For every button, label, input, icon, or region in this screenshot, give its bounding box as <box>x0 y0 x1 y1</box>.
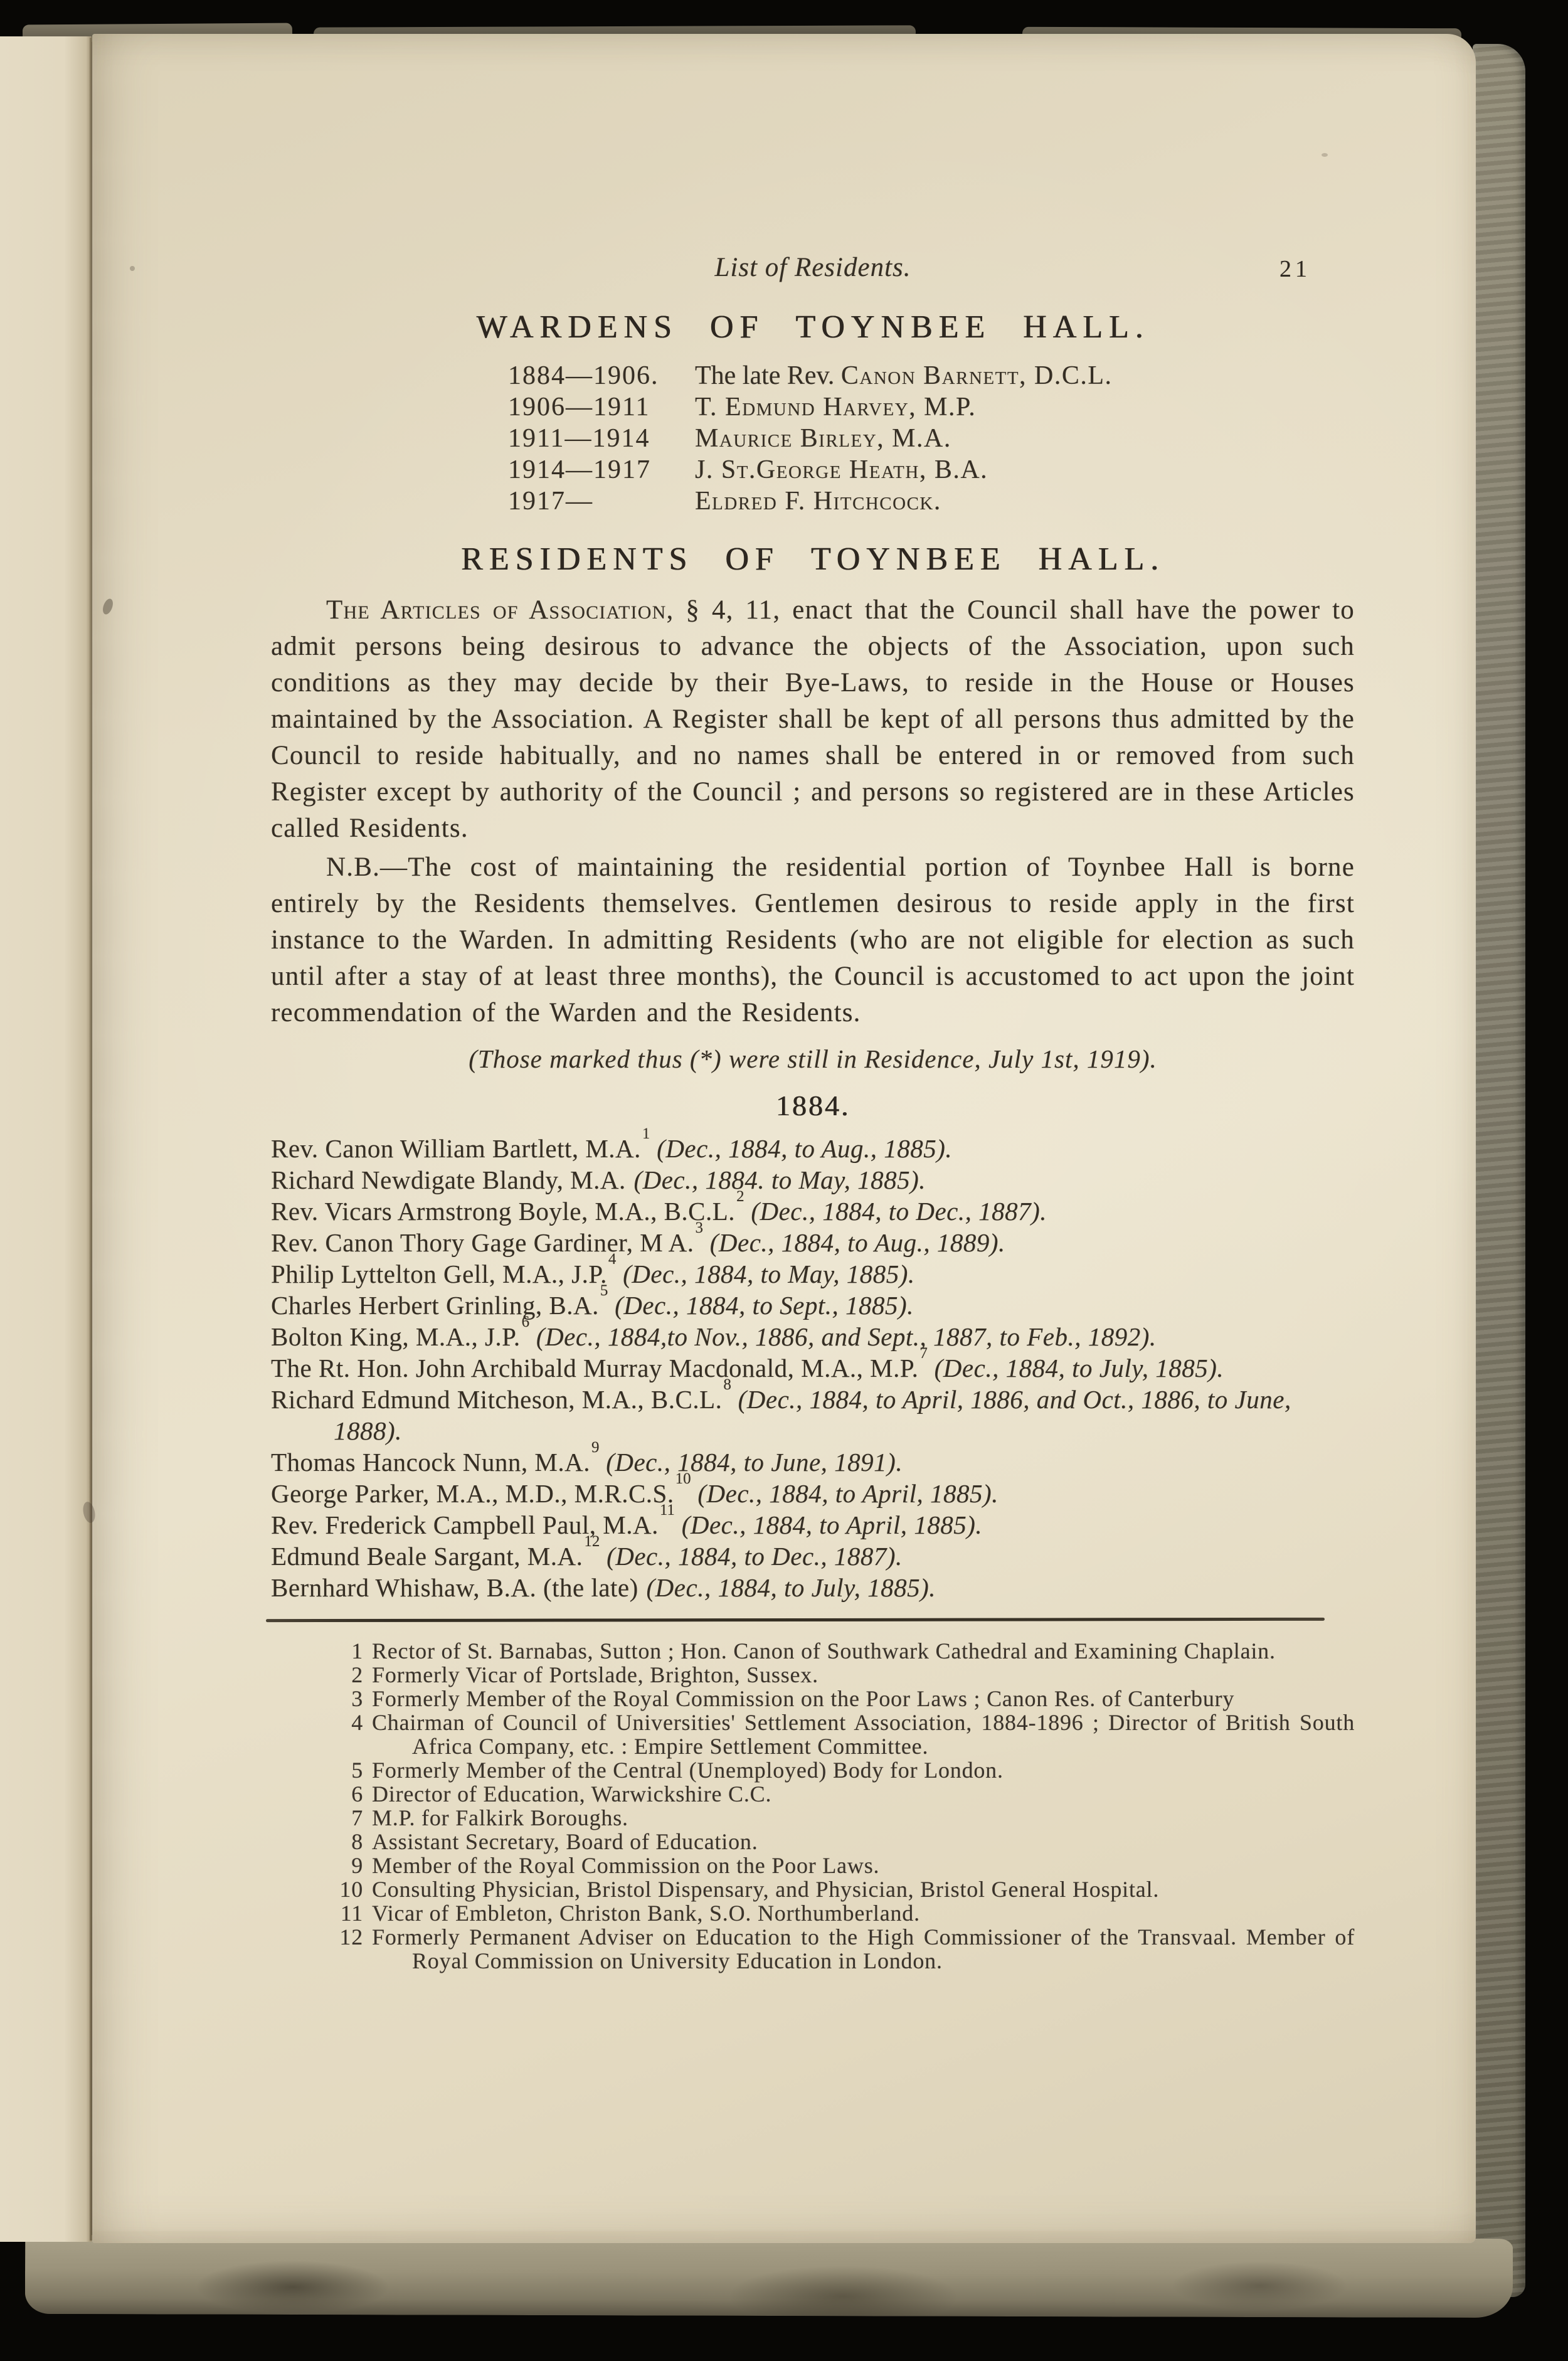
resident-dates: (Dec., 1884, to Dec., 1887). <box>600 1542 902 1571</box>
page-block-bottom-edge <box>25 2235 1513 2318</box>
warden-name: J. St.George Heath, B.A. <box>695 454 988 485</box>
footnote: 11Vicar of Embleton, Christon Bank, S.O.… <box>271 1901 1355 1925</box>
footnote-ref: 10 <box>675 1470 691 1487</box>
resident-entry: Edmund Beale Sargant, M.A.12 (Dec., 1884… <box>271 1541 1355 1572</box>
footnote-ref: 5 <box>600 1282 608 1299</box>
footnote: 2Formerly Vicar of Portslade, Brighton, … <box>271 1663 1355 1687</box>
warden-dates: 1914—1917 <box>508 454 695 485</box>
ink-speck <box>101 597 115 615</box>
page-number: 21 <box>1279 252 1311 286</box>
nb-paragraph: N.B.—The cost of maintaining the residen… <box>271 849 1355 1031</box>
resident-entry: Richard Edmund Mitcheson, M.A., B.C.L.8 … <box>271 1384 1355 1446</box>
wardens-list: 1884—1906. The late Rev. Canon Barnett, … <box>508 360 1355 517</box>
resident-dates: (Dec., 1884, to Sept., 1885). <box>608 1291 914 1320</box>
footnote: 5Formerly Member of the Central (Unemplo… <box>271 1758 1355 1782</box>
footnote-text: M.P. for Falkirk Boroughs. <box>372 1805 628 1830</box>
resident-entry: Bolton King, M.A., J.P.6 (Dec., 1884,to … <box>271 1321 1355 1352</box>
running-head-row: List of Residents. 21 <box>271 251 1355 285</box>
intro-body: , § 4, 11, enact that the Council shall … <box>271 595 1355 843</box>
resident-name: The Rt. Hon. John Archibald Murray Macdo… <box>271 1354 918 1382</box>
warden-row: 1906—1911 T. Edmund Harvey, M.P. <box>508 391 1355 423</box>
footnote: 1Rector of St. Barnabas, Sutton ; Hon. C… <box>271 1639 1355 1663</box>
footnote-number: 12 <box>332 1925 363 1949</box>
resident-entry: Bernhard Whishaw, B.A. (the late) (Dec.,… <box>271 1572 1355 1603</box>
resident-entry: Rev. Frederick Campbell Paul, M.A.11 (De… <box>271 1509 1355 1541</box>
resident-name: Edmund Beale Sargant, M.A. <box>271 1542 583 1571</box>
warden-row: 1917— Eldred F. Hitchcock. <box>508 485 1355 517</box>
footnote-number: 9 <box>332 1854 363 1877</box>
resident-name: Richard Newdigate Blandy, M.A. <box>271 1165 626 1194</box>
resident-dates: (Dec., 1884, to July, 1885). <box>640 1573 936 1602</box>
footnote-number: 5 <box>332 1758 363 1782</box>
resident-dates: (Dec., 1884. to May, 1885). <box>627 1165 926 1194</box>
resident-dates: (Dec., 1884, to Dec., 1887). <box>744 1197 1047 1226</box>
warden-row: 1914—1917 J. St.George Heath, B.A. <box>508 454 1355 485</box>
footnote-text: Vicar of Embleton, Christon Bank, S.O. N… <box>372 1901 920 1926</box>
resident-name: Rev. Canon Thory Gage Gardiner, M A. <box>271 1228 694 1257</box>
residents-heading: RESIDENTS OF TOYNBEE HALL. <box>271 541 1355 578</box>
footnote-text: Formerly Vicar of Portslade, Brighton, S… <box>372 1662 818 1687</box>
intro-lead-smallcaps: The Articles of Association <box>326 595 666 625</box>
footnote-number: 1 <box>332 1639 363 1663</box>
footnotes: 1Rector of St. Barnabas, Sutton ; Hon. C… <box>271 1639 1355 1973</box>
footnote-text: Formerly Member of the Central (Unemploy… <box>372 1758 1004 1783</box>
footnote-number: 11 <box>332 1901 363 1925</box>
footnote-text: Formerly Member of the Royal Commission … <box>372 1686 1234 1711</box>
footnote-ref: 6 <box>522 1313 530 1330</box>
footnote-ref: 1 <box>642 1125 650 1142</box>
resident-name: Richard Edmund Mitcheson, M.A., B.C.L. <box>271 1385 722 1414</box>
resident-name: Philip Lyttelton Gell, M.A., J.P. <box>271 1260 607 1288</box>
resident-dates: (Dec., 1884, to June, 1891). <box>599 1448 903 1477</box>
footnote-text: Consulting Physician, Bristol Dispensary… <box>372 1877 1159 1902</box>
footnote-ref: 9 <box>591 1439 600 1456</box>
resident-dates: (Dec., 1884, to Aug., 1889). <box>703 1228 1005 1257</box>
footnote-text: Chairman of Council of Universities' Set… <box>372 1710 1355 1759</box>
footnote-text: Member of the Royal Commission on the Po… <box>372 1853 879 1878</box>
wardens-heading: WARDENS OF TOYNBEE HALL. <box>271 309 1355 346</box>
resident-entry: Rev. Canon Thory Gage Gardiner, M A.3 (D… <box>271 1227 1355 1258</box>
warden-name: Eldred F. Hitchcock. <box>695 485 941 517</box>
footnote-number: 3 <box>332 1687 363 1711</box>
footnote-ref: 11 <box>660 1502 675 1519</box>
resident-dates: (Dec., 1884, to April, 1885). <box>691 1479 999 1508</box>
page-text-block: List of Residents. 21 WARDENS OF TOYNBEE… <box>271 251 1355 1973</box>
resident-dates: (Dec., 1884, to April, 1885). <box>675 1510 982 1539</box>
footnote-number: 8 <box>332 1830 363 1854</box>
footnote: 8Assistant Secretary, Board of Education… <box>271 1830 1355 1854</box>
footnote-number: 7 <box>332 1806 363 1830</box>
warden-dates: 1906—1911 <box>508 391 695 423</box>
resident-name: Bernhard Whishaw, B.A. (the late) <box>271 1573 638 1602</box>
resident-name: Rev. Frederick Campbell Paul, M.A. <box>271 1510 659 1539</box>
resident-name: Thomas Hancock Nunn, M.A. <box>271 1448 590 1477</box>
resident-entry: Thomas Hancock Nunn, M.A.9 (Dec., 1884, … <box>271 1446 1355 1478</box>
footnote-ref: 12 <box>584 1533 600 1550</box>
resident-name: Rev. Canon William Bartlett, M.A. <box>271 1134 641 1163</box>
resident-entry: Rev. Canon William Bartlett, M.A.1 (Dec.… <box>271 1133 1355 1164</box>
footnote-divider-rule <box>266 1618 1325 1622</box>
resident-dates: (Dec., 1884, to Aug., 1885). <box>650 1134 952 1163</box>
footnote: 9Member of the Royal Commission on the P… <box>271 1854 1355 1877</box>
resident-entry: Rev. Vicars Armstrong Boyle, M.A., B.C.L… <box>271 1196 1355 1227</box>
running-head: List of Residents. <box>714 253 911 282</box>
resident-entry: George Parker, M.A., M.D., M.R.C.S.10 (D… <box>271 1478 1355 1509</box>
warden-row: 1911—1914 Maurice Birley, M.A. <box>508 423 1355 454</box>
book-scan: List of Residents. 21 WARDENS OF TOYNBEE… <box>0 0 1568 2361</box>
footnote: 3Formerly Member of the Royal Commission… <box>271 1687 1355 1711</box>
resident-entry: Philip Lyttelton Gell, M.A., J.P.4 (Dec.… <box>271 1258 1355 1290</box>
warden-dates: 1884—1906. <box>508 360 695 391</box>
footnote: 10Consulting Physician, Bristol Dispensa… <box>271 1877 1355 1901</box>
footnote-ref: 2 <box>736 1188 744 1205</box>
footnote-text: Formerly Permanent Adviser on Education … <box>372 1924 1355 1973</box>
resident-dates: (Dec., 1884, to May, 1885). <box>616 1260 914 1288</box>
warden-name: Maurice Birley, M.A. <box>695 423 951 454</box>
intro-paragraph: The Articles of Association, § 4, 11, en… <box>271 592 1355 847</box>
warden-name: The late Rev. Canon Barnett, D.C.L. <box>695 360 1113 391</box>
resident-entry: Richard Newdigate Blandy, M.A. (Dec., 18… <box>271 1164 1355 1196</box>
resident-name: Rev. Vicars Armstrong Boyle, M.A., B.C.L… <box>271 1197 735 1226</box>
resident-name: Bolton King, M.A., J.P. <box>271 1322 521 1351</box>
resident-entries: Rev. Canon William Bartlett, M.A.1 (Dec.… <box>271 1133 1355 1603</box>
warden-row: 1884—1906. The late Rev. Canon Barnett, … <box>508 360 1355 391</box>
footnote-text: Assistant Secretary, Board of Education. <box>372 1829 758 1854</box>
warden-dates: 1917— <box>508 485 695 517</box>
footnote-text: Rector of St. Barnabas, Sutton ; Hon. Ca… <box>372 1638 1276 1663</box>
resident-entry: The Rt. Hon. John Archibald Murray Macdo… <box>271 1352 1287 1384</box>
footnote-number: 10 <box>332 1877 363 1901</box>
footnote-ref: 4 <box>608 1251 617 1268</box>
footnote: 7M.P. for Falkirk Boroughs. <box>271 1806 1355 1830</box>
resident-name: Charles Herbert Grinling, B.A. <box>271 1291 599 1320</box>
footnote-number: 2 <box>332 1663 363 1687</box>
facing-page-sliver <box>0 36 92 2242</box>
footnote-ref: 7 <box>919 1345 928 1362</box>
resident-dates: (Dec., 1884, to July, 1885). <box>928 1354 1224 1382</box>
footnote-number: 6 <box>332 1782 363 1806</box>
page-block-right-edge <box>1473 44 1525 2297</box>
footnote-ref: 3 <box>696 1219 704 1236</box>
ink-speck <box>130 266 135 271</box>
residence-note: (Those marked thus (*) were still in Res… <box>271 1043 1355 1075</box>
footnote-ref: 8 <box>723 1376 731 1393</box>
footnote-number: 4 <box>332 1711 363 1734</box>
warden-dates: 1911—1914 <box>508 423 695 454</box>
year-heading: 1884. <box>271 1089 1355 1123</box>
footnote-text: Director of Education, Warwickshire C.C. <box>372 1781 771 1807</box>
resident-entry: Charles Herbert Grinling, B.A.5 (Dec., 1… <box>271 1290 1355 1321</box>
resident-name: George Parker, M.A., M.D., M.R.C.S. <box>271 1479 674 1508</box>
footnote: 4Chairman of Council of Universities' Se… <box>271 1711 1355 1758</box>
footnote: 6Director of Education, Warwickshire C.C… <box>271 1782 1355 1806</box>
ink-speck <box>1322 153 1328 157</box>
resident-dates: (Dec., 1884,to Nov., 1886, and Sept., 18… <box>529 1322 1156 1351</box>
footnote: 12Formerly Permanent Adviser on Educatio… <box>271 1925 1355 1973</box>
warden-name: T. Edmund Harvey, M.P. <box>695 391 976 423</box>
